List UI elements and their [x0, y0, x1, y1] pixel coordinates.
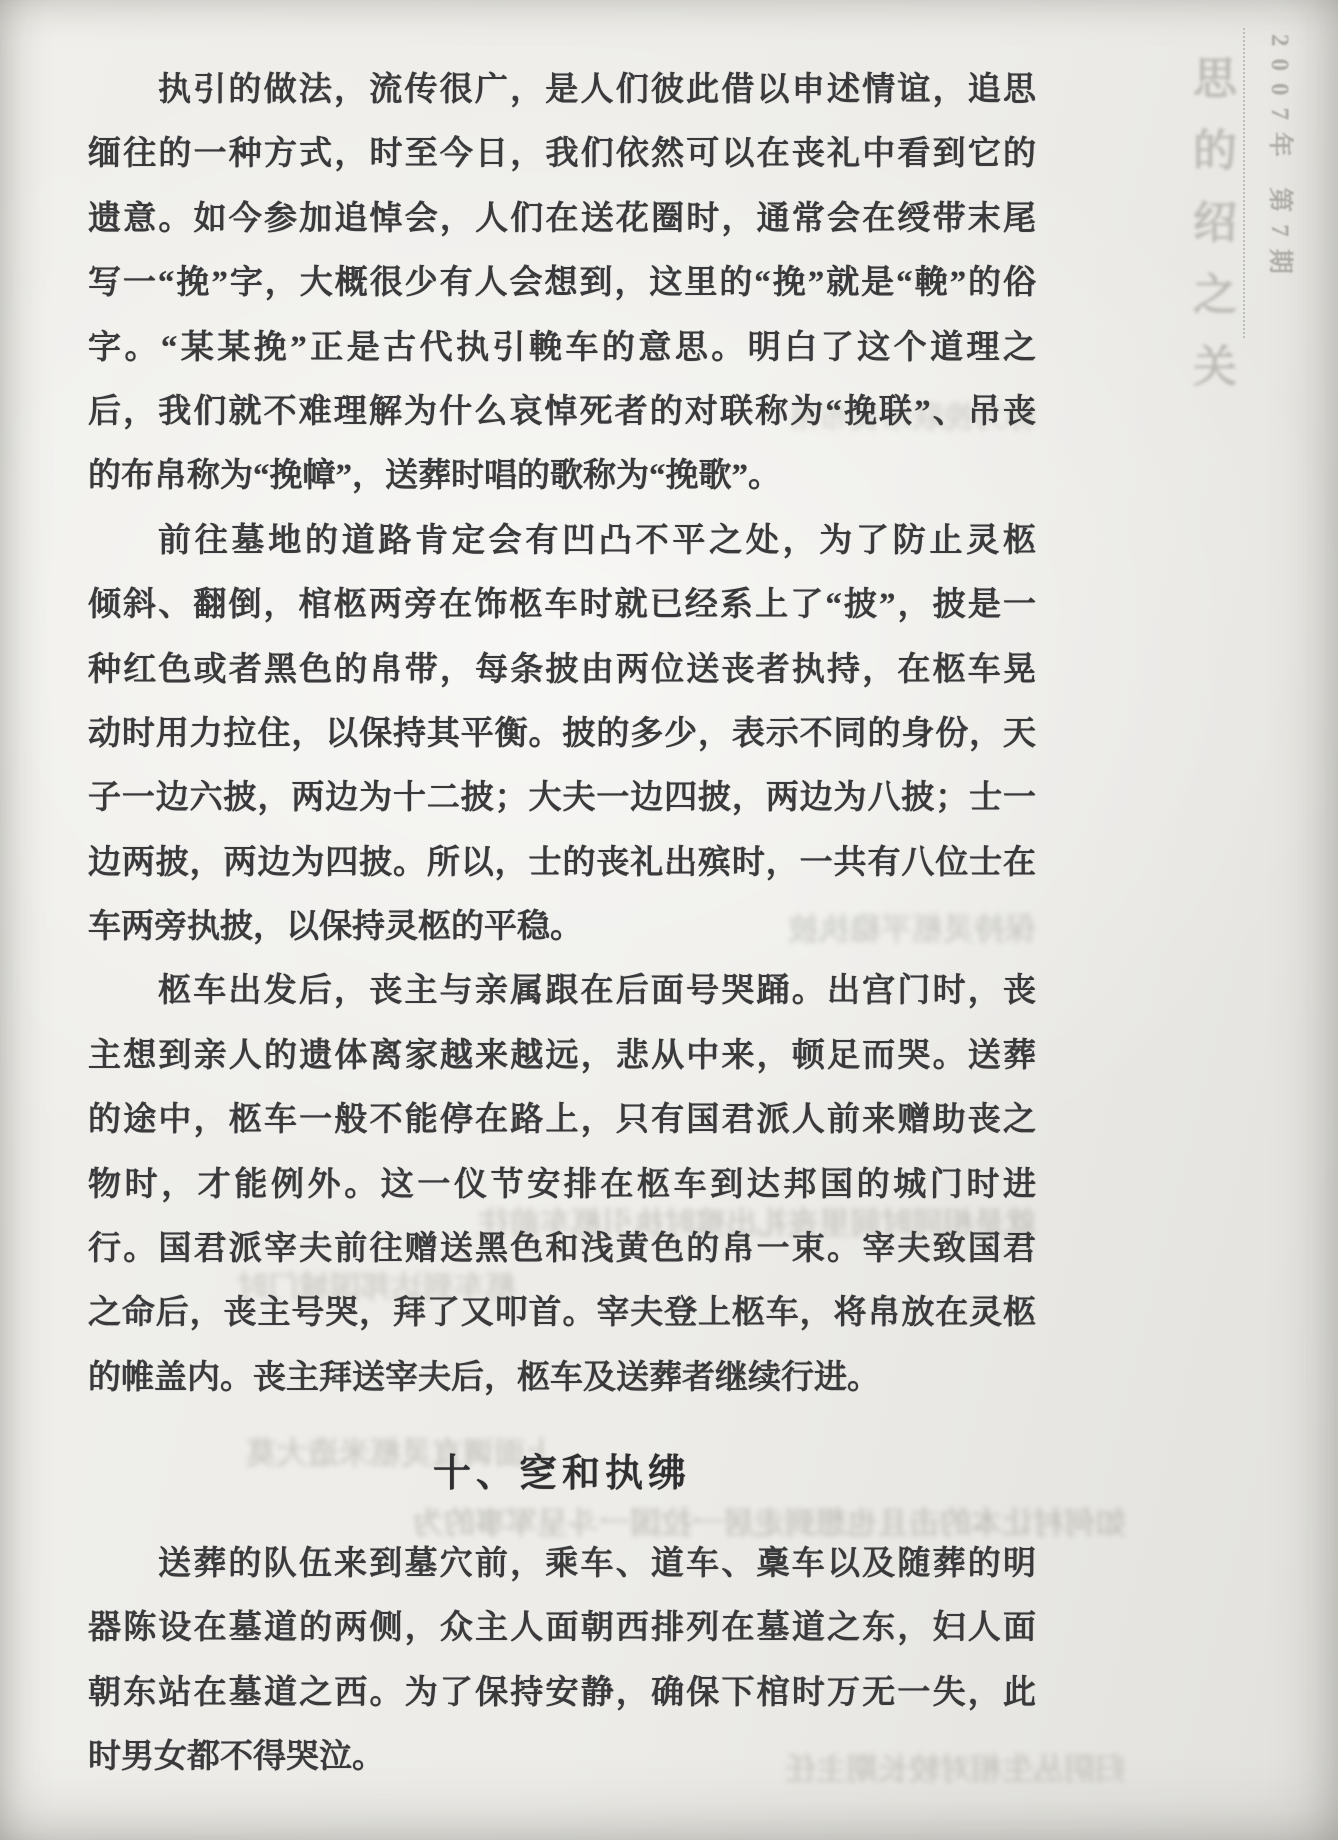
scanned-book-page: 称为挽联吊丧布帛 保持灵柩平稳执披 就是相同时间里丧礼出殡时执引柩车前往 柩车到…	[0, 0, 1338, 1840]
text-line: 种红色或者黑色的帛带，每条披由两位送丧者执持，在柩车晃	[88, 638, 1036, 702]
text-line: 车两旁执披，以保持灵柩的平稳。	[88, 895, 1036, 959]
text-line: 的帷盖内。丧主拜送宰夫后，柩车及送葬者继续行进。	[88, 1346, 1036, 1410]
main-text-column: 执引的做法，流传很广，是人们彼此借以申述情谊，追思 缅往的一种方式，时至今日，我…	[88, 58, 1036, 1410]
text-line: 物时，才能例外。这一仪节安排在柩车到达邦国的城门时进	[88, 1153, 1036, 1217]
text-line: 遗意。如今参加追悼会，人们在送花圈时，通常会在绶带末尾	[88, 187, 1036, 251]
text-line: 子一边六披，两边为十二披；大夫一边四披，两边为八披；士一	[88, 766, 1036, 830]
text-line: 行。国君派宰夫前往赠送黑色和浅黄色的帛一束。宰夫致国君	[88, 1217, 1036, 1281]
text-line: 动时用力拉住，以保持其平衡。披的多少，表示不同的身份，天	[88, 702, 1036, 766]
text-line: 主想到亲人的遗体离家越来越远，悲从中来，顿足而哭。送葬	[88, 1024, 1036, 1088]
text-line: 器陈设在墓道的两侧，众主人面朝西排列在墓道之东，妇人面	[88, 1596, 1036, 1660]
text-line: 朝东站在墓道之西。为了保持安静，确保下棺时万无一失，此	[88, 1661, 1036, 1725]
main-text-column-2: 送葬的队伍来到墓穴前，乘车、道车、稾车以及随葬的明 器陈设在墓道的两侧，众主人面…	[88, 1532, 1036, 1790]
text-line: 缅往的一种方式，时至今日，我们依然可以在丧礼中看到它的	[88, 122, 1036, 186]
binding-crease-line	[1243, 28, 1245, 338]
margin-issue-label: 2007年 第7期	[1264, 34, 1300, 286]
text-line: 的布帛称为“挽幛”，送葬时唱的歌称为“挽歌”。	[88, 444, 1036, 508]
text-line: 柩车出发后，丧主与亲属跟在后面号哭踊。出宫门时，丧	[88, 959, 1036, 1023]
text-line: 的途中，柩车一般不能停在路上，只有国君派人前来赠助丧之	[88, 1088, 1036, 1152]
text-line: 之命后，丧主号哭，拜了又叩首。宰夫登上柩车，将帛放在灵柩	[88, 1281, 1036, 1345]
margin-vertical-bleed-text: 思的绍之关	[1178, 55, 1242, 415]
text-line: 后，我们就不难理解为什么哀悼死者的对联称为“挽联”、吊丧	[88, 380, 1036, 444]
text-line: 写一“挽”字，大概很少有人会想到，这里的“挽”就是“輓”的俗	[88, 251, 1036, 315]
text-line: 字。“某某挽”正是古代执引輓车的意思。明白了这个道理之	[88, 316, 1036, 380]
text-line: 送葬的队伍来到墓穴前，乘车、道车、稾车以及随葬的明	[88, 1532, 1036, 1596]
text-line: 前往墓地的道路肯定会有凹凸不平之处，为了防止灵柩	[88, 509, 1036, 573]
text-line: 边两披，两边为四披。所以，士的丧礼出殡时，一共有八位士在	[88, 831, 1036, 895]
section-heading: 十、窆和执绋	[88, 1442, 1036, 1497]
text-line: 执引的做法，流传很广，是人们彼此借以申述情谊，追思	[88, 58, 1036, 122]
text-line: 倾斜、翻倒，棺柩两旁在饰柩车时就已经系上了“披”，披是一	[88, 573, 1036, 637]
text-line: 时男女都不得哭泣。	[88, 1725, 1036, 1789]
